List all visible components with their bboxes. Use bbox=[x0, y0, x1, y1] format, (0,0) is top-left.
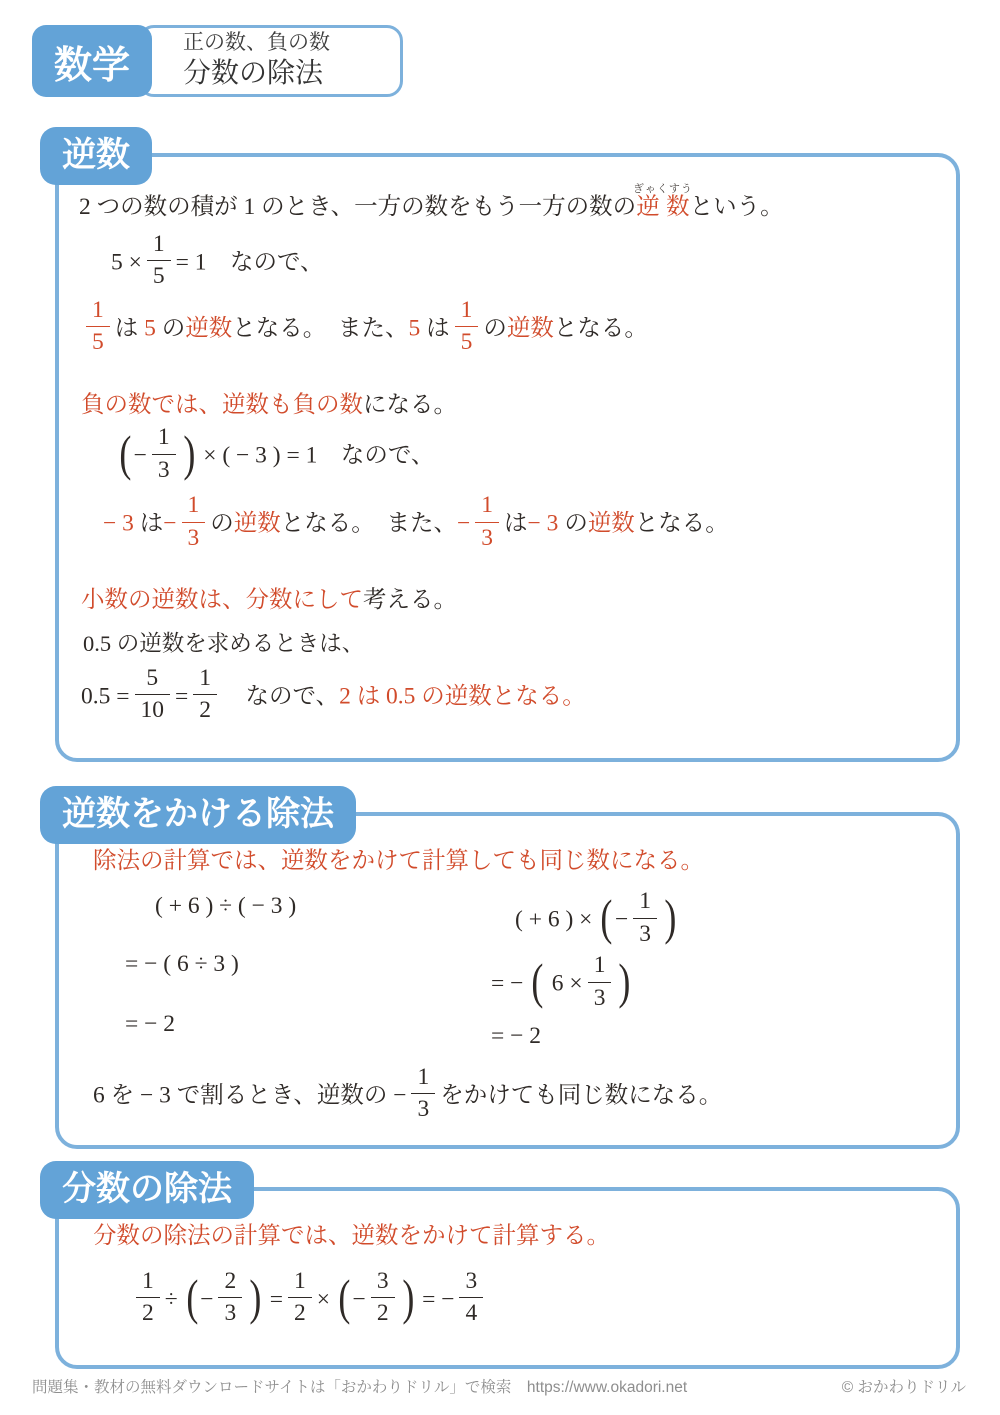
fraction-division-equation: 12÷ (−23) =12× (−32) = −34 bbox=[131, 1271, 932, 1331]
equation-negative-third: (−13) × ( − 3 ) = 1 なので、 bbox=[117, 427, 932, 487]
section-fraction-division: 分数の除法 分数の除法の計算では、逆数をかけて計算する。 12÷ (−23) =… bbox=[55, 1187, 960, 1369]
fraction-three-halves: 32 bbox=[371, 1268, 395, 1328]
fraction-one-third: 13 bbox=[633, 888, 657, 948]
multiplication-step-3: = − 2 bbox=[491, 1021, 679, 1053]
topic-label: 分数の除法 bbox=[183, 56, 370, 90]
negative-number-note: 負の数では、逆数も負の数になる。 bbox=[81, 390, 932, 422]
page-header: 数学 正の数、負の数 分数の除法 bbox=[32, 25, 1000, 97]
section-multiply-body: 除法の計算では、逆数をかけて計算しても同じ数になる。 ( + 6 ) ÷ ( −… bbox=[59, 816, 956, 1145]
division-step-3: = − 2 bbox=[125, 1009, 425, 1041]
division-step-1: ( + 6 ) ÷ ( − 3 ) bbox=[155, 891, 425, 923]
division-column: ( + 6 ) ÷ ( − 3 ) = − ( 6 ÷ 3 ) = − 2 bbox=[125, 891, 425, 1053]
worked-examples: ( + 6 ) ÷ ( − 3 ) = − ( 6 ÷ 3 ) = − 2 ( … bbox=[79, 891, 932, 1053]
multiplication-column: ( + 6 ) × (−13) = − ( 6 ×13) = − 2 bbox=[491, 891, 679, 1053]
equation-five-times-fifth: 5 ×15= 1 なので、 bbox=[111, 234, 932, 294]
statement-negative-reciprocal: − 3 は−13の逆数となる。 また、−13は− 3 の逆数となる。 bbox=[103, 495, 932, 555]
unit-label: 正の数、負の数 bbox=[183, 30, 370, 55]
section-fraction-division-title: 分数の除法 bbox=[40, 1161, 254, 1219]
fraction-one-third-red2: 13 bbox=[475, 492, 499, 552]
fraction-one-third-red: 13 bbox=[182, 492, 206, 552]
term-text: 逆数 bbox=[633, 194, 693, 220]
fraction-five-tenths: 510 bbox=[135, 665, 171, 725]
topic-box: 正の数、負の数 分数の除法 bbox=[138, 25, 403, 97]
equation-decimal-reciprocal: 0.5 =510=12 なので、2 は 0.5 の逆数となる。 bbox=[81, 668, 932, 728]
decimal-line: 0.5 の逆数を求めるときは、 bbox=[83, 629, 932, 659]
fraction-one-third: 13 bbox=[411, 1064, 435, 1124]
multiply-summary: 6 を − 3 で割るとき、逆数の −13をかけても同じ数になる。 bbox=[93, 1067, 932, 1127]
fraction-three-fourths: 34 bbox=[459, 1268, 483, 1328]
section-reciprocal-title: 逆数 bbox=[40, 127, 152, 185]
term-reciprocal: 逆数ぎゃくすう bbox=[636, 194, 690, 220]
division-step-2: = − ( 6 ÷ 3 ) bbox=[125, 949, 425, 981]
fraction-one-third: 13 bbox=[152, 424, 176, 484]
multiplication-step-1: ( + 6 ) × (−13) bbox=[515, 891, 679, 951]
page-footer: 問題集・教材の無料ダウンロードサイトは「おかわりドリル」で検索 https://… bbox=[0, 1375, 1000, 1397]
decimal-note: 小数の逆数は、分数にして考える。 bbox=[81, 585, 932, 617]
fraction-one-third: 13 bbox=[588, 952, 612, 1012]
statement-positive-reciprocal: 15は 5 の逆数となる。 また、5 は15の逆数となる。 bbox=[81, 300, 932, 360]
definition-pre: 2 つの数の積が 1 のとき、一方の数をもう一方の数の bbox=[79, 194, 636, 220]
multiply-lead: 除法の計算では、逆数をかけて計算しても同じ数になる。 bbox=[93, 846, 932, 878]
footer-site-info: 問題集・教材の無料ダウンロードサイトは「おかわりドリル」で検索 https://… bbox=[32, 1375, 687, 1397]
fraction-one-half: 12 bbox=[193, 665, 217, 725]
subject-badge: 数学 bbox=[32, 25, 152, 97]
fraction-two-thirds: 23 bbox=[218, 1268, 242, 1328]
fraction-one-fifth-red: 15 bbox=[86, 297, 110, 357]
section-multiply-title: 逆数をかける除法 bbox=[40, 786, 356, 844]
section-reciprocal-body: 2 つの数の積が 1 のとき、一方の数をもう一方の数の逆数ぎゃくすうという。 5… bbox=[59, 157, 956, 758]
fraction-one-half: 12 bbox=[136, 1268, 160, 1328]
fraction-one-fifth-red2: 15 bbox=[455, 297, 479, 357]
section-multiply-reciprocal: 逆数をかける除法 除法の計算では、逆数をかけて計算しても同じ数になる。 ( + … bbox=[55, 812, 960, 1149]
term-furigana: ぎゃくすう bbox=[633, 183, 693, 195]
fraction-one-fifth: 15 bbox=[147, 231, 171, 291]
fraction-division-lead: 分数の除法の計算では、逆数をかけて計算する。 bbox=[93, 1221, 932, 1253]
footer-copyright: © おかわりドリル bbox=[842, 1375, 966, 1397]
definition-post: という。 bbox=[690, 194, 784, 220]
fraction-one-half-2: 12 bbox=[288, 1268, 312, 1328]
eq-lead: 5 × bbox=[111, 249, 142, 275]
multiplication-step-2: = − ( 6 ×13) bbox=[491, 955, 679, 1015]
reciprocal-definition: 2 つの数の積が 1 のとき、一方の数をもう一方の数の逆数ぎゃくすうという。 bbox=[79, 183, 932, 224]
eq-tail: = 1 なので、 bbox=[176, 249, 324, 275]
section-reciprocal: 逆数 2 つの数の積が 1 のとき、一方の数をもう一方の数の逆数ぎゃくすうという… bbox=[55, 153, 960, 762]
